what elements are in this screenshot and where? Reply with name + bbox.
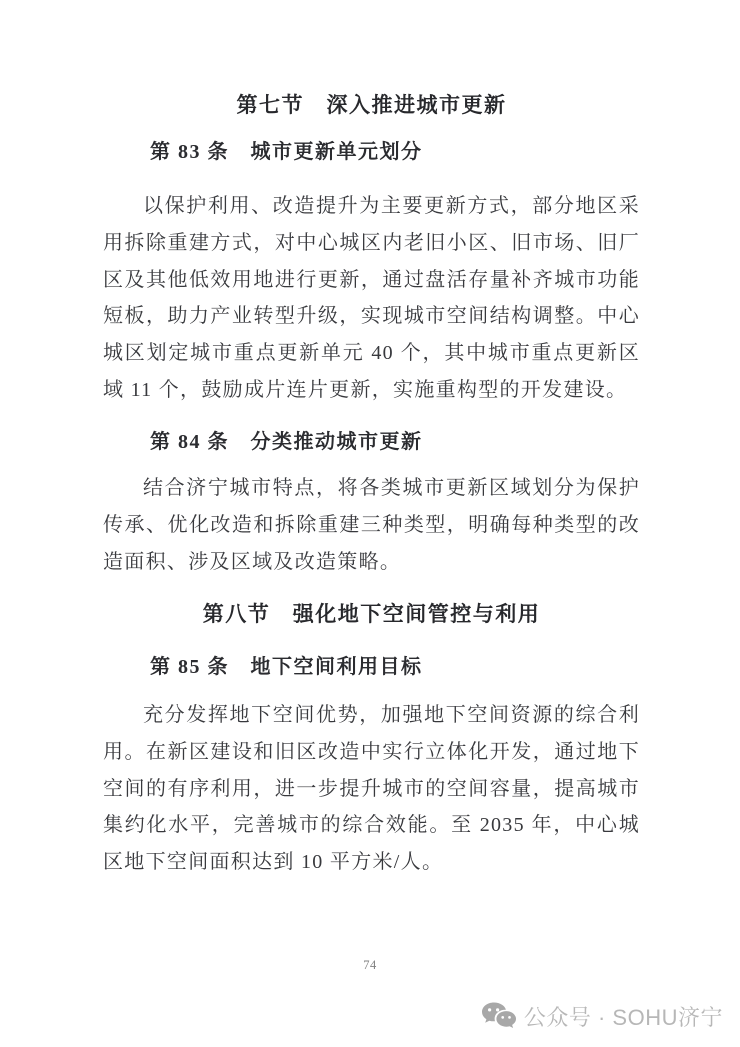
page-number: 74 [0, 958, 740, 973]
article-84-paragraph: 结合济宁城市特点，将各类城市更新区域划分为保护传承、优化改造和拆除重建三种类型，… [103, 470, 640, 580]
article-heading-84: 第 84 条 分类推动城市更新 [103, 428, 640, 456]
article-83-paragraph: 以保护利用、改造提升为主要更新方式，部分地区采用拆除重建方式，对中心城区内老旧小… [103, 188, 640, 409]
section-heading-8: 第八节 强化地下空间管控与利用 [103, 601, 640, 629]
section-heading-7: 第七节 深入推进城市更新 [103, 92, 640, 120]
article-heading-83: 第 83 条 城市更新单元划分 [103, 138, 640, 166]
article-heading-85: 第 85 条 地下空间利用目标 [103, 653, 640, 681]
watermark-footer: 公众号 · SOHU济宁 [480, 998, 723, 1034]
wechat-icon [480, 1001, 518, 1032]
footer-watermark-label: 公众号 · SOHU济宁 [524, 1001, 723, 1032]
document-page: 第七节 深入推进城市更新 第 83 条 城市更新单元划分 以保护利用、改造提升为… [0, 0, 740, 1047]
article-85-paragraph: 充分发挥地下空间优势，加强地下空间资源的综合利用。在新区建设和旧区改造中实行立体… [103, 697, 640, 881]
